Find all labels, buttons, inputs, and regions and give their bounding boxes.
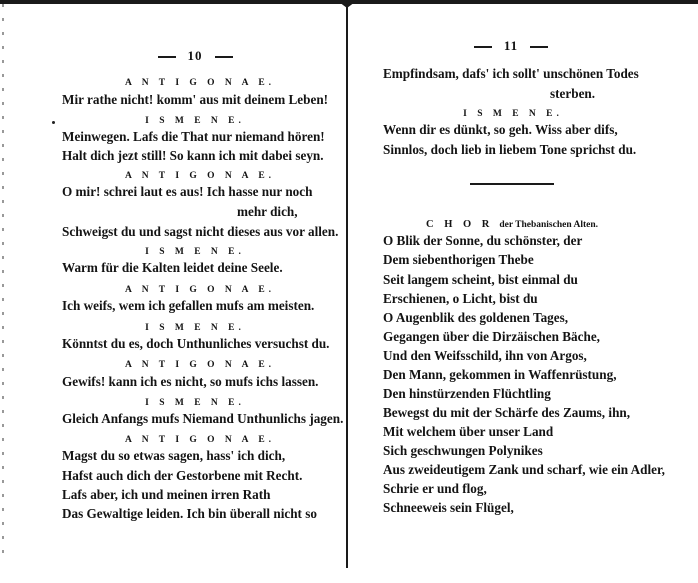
chorus-heading-main: C H O R [426, 219, 493, 230]
verse-line: Mir rathe nicht! komm' aus mit deinem Le… [62, 92, 328, 108]
verse-line: Gleich Anfangs mufs Niemand Unthunlichs … [62, 411, 343, 427]
chorus-line: Sich geschwungen Polynikes [383, 443, 543, 459]
chorus-line: Und den Weifsschild, ihn von Argos, [383, 348, 587, 364]
chorus-line: Den hinstürzenden Flüchtling [383, 386, 551, 402]
verse-line: Meinwegen. Lafs die That nur niemand hör… [62, 129, 325, 145]
chorus-line: O Augenblik des goldenen Tages, [383, 310, 568, 326]
chorus-heading: C H O R der Thebanischen Alten. [426, 216, 598, 232]
chorus-line: Schneeweis sein Flügel, [383, 500, 514, 516]
page-number-value: 11 [504, 38, 518, 53]
verse-line: Magst du so etwas sagen, hass' ich dich, [62, 448, 285, 464]
verse-line: Schweigst du und sagst nicht dieses aus … [62, 224, 338, 240]
page-number: 10 [135, 48, 255, 64]
speaker-heading: I S M E N E. [145, 246, 245, 258]
chorus-line: Aus zweideutigem Zank und scharf, wie ei… [383, 462, 665, 478]
verse-line: Gewifs! kann ich es nicht, so mufs ichs … [62, 374, 318, 390]
chorus-line: Schrie er und flog, [383, 481, 487, 497]
speaker-heading: I S M E N E. [145, 115, 245, 127]
chorus-line: Den Mann, gekommen in Waffenrüstung, [383, 367, 617, 383]
page-number-value: 10 [188, 48, 203, 63]
chorus-line: Bewegst du mit der Schärfe des Zaums, ih… [383, 405, 630, 421]
speaker-heading: A N T I G O N A E. [125, 170, 265, 182]
chorus-line: Gegangen über die Dirzäischen Bäche, [383, 329, 600, 345]
verse-line: Das Gewaltige leiden. Ich bin überall ni… [62, 506, 317, 522]
section-rule [470, 183, 554, 185]
verse-line: Sinnlos, doch lieb in liebem Tone sprich… [383, 142, 636, 158]
dash-right [215, 56, 233, 58]
verse-line: Warm für die Kalten leidet deine Seele. [62, 260, 283, 276]
chorus-heading-sub: der Thebanischen Alten. [499, 220, 598, 230]
chorus-line: Mit welchem über unser Land [383, 424, 553, 440]
left-page: 10 A N T I G O N A E. Mir rathe nicht! k… [0, 0, 346, 583]
verse-line: Empfindsam, dafs' ich sollt' unschönen T… [383, 66, 639, 82]
verse-line: Hafst auch dich der Gestorbene mit Recht… [62, 468, 302, 484]
verse-line: Könntst du es, doch Unthunliches versuch… [62, 336, 329, 352]
dash-right [530, 46, 548, 48]
verse-line-indent: sterben. [550, 86, 595, 102]
page-number: 11 [451, 38, 571, 54]
verse-line: Ich weifs, wem ich gefallen mufs am meis… [62, 298, 314, 314]
verse-line: Wenn dir es dünkt, so geh. Wiss aber dif… [383, 122, 618, 138]
speaker-heading: I S M E N E. [145, 322, 245, 334]
speaker-heading: A N T I G O N A E. [125, 77, 265, 89]
verse-line: Halt dich jezt still! So kann ich mit da… [62, 148, 324, 164]
speaker-heading: I S M E N E. [145, 397, 245, 409]
chorus-line: O Blik der Sonne, du schönster, der [383, 233, 582, 249]
speaker-heading: A N T I G O N A E. [125, 434, 265, 446]
ink-speck [52, 121, 55, 124]
speaker-heading: A N T I G O N A E. [125, 359, 265, 371]
speaker-heading: A N T I G O N A E. [125, 284, 265, 296]
dash-left [474, 46, 492, 48]
chorus-line: Seit langem scheint, bist einmal du [383, 272, 578, 288]
speaker-heading: I S M E N E. [463, 108, 563, 120]
chorus-line: Dem siebenthorigen Thebe [383, 252, 534, 268]
right-page: 11 Empfindsam, dafs' ich sollt' unschöne… [348, 0, 698, 583]
verse-line: O mir! schrei laut es aus! Ich hasse nur… [62, 184, 312, 200]
dash-left [158, 56, 176, 58]
verse-line-indent: mehr dich, [237, 204, 298, 220]
verse-line: Lafs aber, ich und meinen irren Rath [62, 487, 270, 503]
chorus-line: Erschienen, o Licht, bist du [383, 291, 538, 307]
